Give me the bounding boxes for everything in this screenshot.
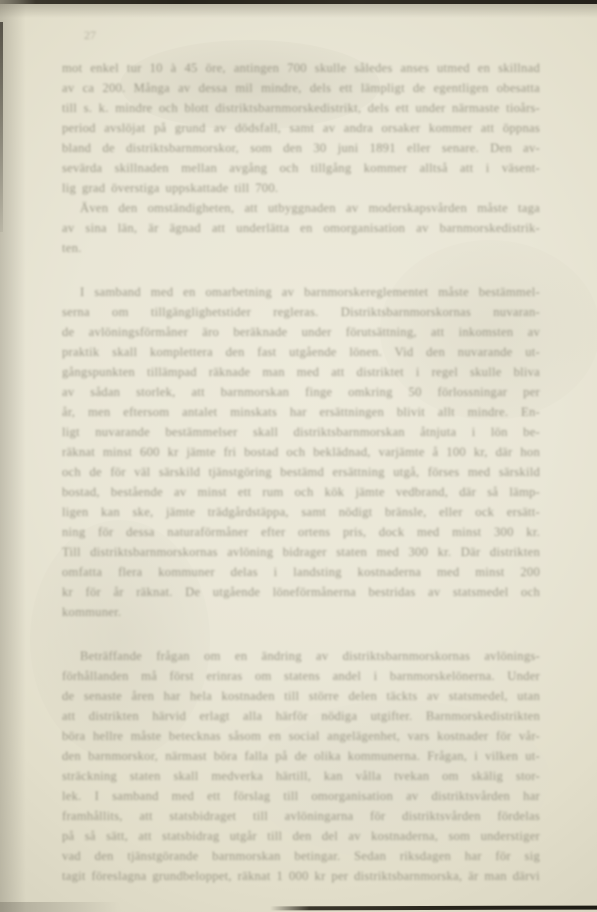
text-line: Till distriktsbarnmorskornas avlöning bi… bbox=[62, 542, 540, 562]
text-line: bland de distriktsbarnmorskor, som den 3… bbox=[62, 138, 540, 158]
text-line: till s. k. mindre och blott distriktsbar… bbox=[62, 98, 540, 118]
scanned-document-page: 27 mot enkel tur 10 à 45 öre, antingen 7… bbox=[0, 0, 597, 912]
text-line: period avslöjat på grund av dödsfall, sa… bbox=[62, 118, 540, 138]
text-line: ligen kan ske, jämte trädgårdstäppa, sam… bbox=[62, 502, 540, 522]
paragraph: mot enkel tur 10 à 45 öre, antingen 700 … bbox=[62, 58, 540, 198]
scan-edge-top-shadow bbox=[0, 4, 597, 18]
text-line: att distrikten härvid erlagt alla härför… bbox=[62, 706, 540, 726]
text-line: av sådan storlek, att barnmorskan finge … bbox=[62, 382, 540, 402]
text-line: Även den omständigheten, att utbyggnaden… bbox=[62, 198, 540, 218]
paragraph: Även den omständigheten, att utbyggnaden… bbox=[62, 198, 540, 258]
text-line: sträckning staten skall medverka härtill… bbox=[62, 766, 540, 786]
text-line: den barnmorskor, närmast böra falla på d… bbox=[62, 746, 540, 766]
paragraph: Beträffande frågan om en ändring av dist… bbox=[62, 646, 540, 886]
text-line: kr för år räknat. De utgående löneförmån… bbox=[62, 582, 540, 602]
text-line: sevärda skillnaden mellan avgång och til… bbox=[62, 158, 540, 178]
text-line: ning för dessa naturaförmåner efter orte… bbox=[62, 522, 540, 542]
text-line: ten. bbox=[62, 238, 540, 258]
scan-edge-left-shade bbox=[0, 0, 26, 912]
paragraph: I samband med en omarbetning av barnmors… bbox=[62, 282, 540, 622]
text-line: tagit föreslagna grundbeloppet, räknat 1… bbox=[62, 866, 540, 886]
text-line: kommuner. bbox=[62, 602, 540, 622]
text-line: lig grad överstiga uppskattade till 700. bbox=[62, 178, 540, 198]
text-line: vad den tjänstgörande barnmorskan beting… bbox=[62, 846, 540, 866]
text-line: lek. I samband med ett förslag till omor… bbox=[62, 786, 540, 806]
text-line: de avlöningsförmåner äro beräknade under… bbox=[62, 322, 540, 342]
text-line: förhållanden må först erinras om statens… bbox=[62, 666, 540, 686]
text-line: ligt nuvarande bestämmelser skall distri… bbox=[62, 422, 540, 442]
text-line: Beträffande frågan om en ändring av dist… bbox=[62, 646, 540, 666]
text-line: praktik skall komplettera den fast utgåe… bbox=[62, 342, 540, 362]
text-line: framhållits, att statsbidraget till avlö… bbox=[62, 806, 540, 826]
text-line: omfatta flera kommuner delas i landsting… bbox=[62, 562, 540, 582]
text-line: de senaste åren har hela kostnaden till … bbox=[62, 686, 540, 706]
text-line: år, men eftersom antalet minskats har er… bbox=[62, 402, 540, 422]
text-line: I samband med en omarbetning av barnmors… bbox=[62, 282, 540, 302]
text-line: böra hellre måste betecknas såsom en soc… bbox=[62, 726, 540, 746]
scan-edge-bottom bbox=[270, 906, 597, 911]
text-line: mot enkel tur 10 à 45 öre, antingen 700 … bbox=[62, 58, 540, 78]
text-line: gångspunkten tillämpad räknade man med a… bbox=[62, 362, 540, 382]
page-number: 27 bbox=[84, 28, 96, 43]
text-line: serna om tillgänglighetstider regleras. … bbox=[62, 302, 540, 322]
text-line: och de för väl särskild tjänstgöring bes… bbox=[62, 462, 540, 482]
text-line: räknat minst 600 kr jämte fri bostad och… bbox=[62, 442, 540, 462]
text-line: av sina län, är ägnad att underlätta en … bbox=[62, 218, 540, 238]
text-line: på så sätt, att statsbidrag utgår till d… bbox=[62, 826, 540, 846]
text-line: av ca 200. Många av dessa mil mindre, de… bbox=[62, 78, 540, 98]
body-text: mot enkel tur 10 à 45 öre, antingen 700 … bbox=[62, 58, 540, 886]
scan-edge-bottom-left bbox=[0, 902, 120, 912]
text-line: bostad, bestående av minst ett rum och k… bbox=[62, 482, 540, 502]
